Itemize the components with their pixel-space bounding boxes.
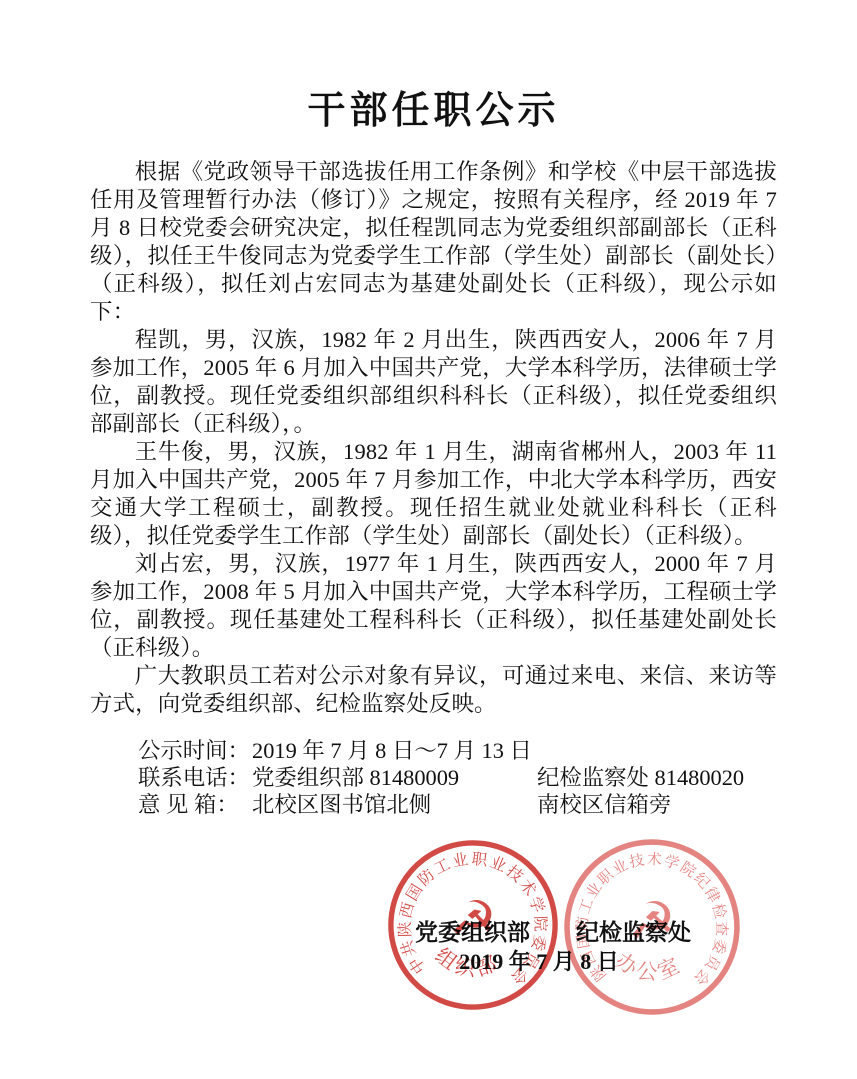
contact-line-mailbox: 意 见 箱： 北校区图书馆北侧 南校区信箱旁 bbox=[138, 791, 777, 818]
announcement-page: 干部任职公示 根据《党政领导干部选拔任用工作条例》和学校《中层干部选拔任用及管理… bbox=[0, 0, 857, 1079]
official-seal-discipline-inspection-office: 陕西国防工业职业技术学院纪律检查委员会 ☭ 办公室 bbox=[557, 832, 747, 1022]
contact-label: 公示时间： bbox=[138, 737, 252, 764]
contact-value: 党委组织部 81480009 bbox=[252, 764, 537, 791]
seal-bottom-text: 组织部 bbox=[429, 942, 506, 985]
official-seal-organization-department: 中共陕西国防工业职业技术学院委员会 ☭ 组织部 bbox=[376, 828, 570, 1022]
contact-label: 意 见 箱： bbox=[138, 791, 252, 818]
contact-line-phone: 联系电话： 党委组织部 81480009 纪检监察处 81480020 bbox=[138, 764, 777, 791]
contact-value: 北校区图书馆北侧 bbox=[252, 791, 537, 818]
seal-bottom-text: 办公室 bbox=[610, 947, 688, 986]
contact-value: 纪检监察处 81480020 bbox=[537, 764, 777, 791]
paragraph-feedback: 广大教职员工若对公示对象有异议，可通过来电、来信、来访等方式，向党委组织部、纪检… bbox=[90, 662, 777, 718]
contact-value bbox=[537, 737, 777, 764]
seal-graphic: 中共陕西国防工业职业技术学院委员会 ☭ 组织部 bbox=[376, 828, 570, 1022]
contact-label: 联系电话： bbox=[138, 764, 252, 791]
body-paragraphs: 根据《党政领导干部选拔任用工作条例》和学校《中层干部选拔任用及管理暂行办法（修订… bbox=[90, 158, 777, 718]
paragraph-intro: 根据《党政领导干部选拔任用工作条例》和学校《中层干部选拔任用及管理暂行办法（修订… bbox=[90, 158, 777, 326]
paragraph-liuzhanhong: 刘占宏，男，汉族，1977 年 1 月生，陕西西安人，2000 年 7 月参加工… bbox=[90, 550, 777, 662]
page-title: 干部任职公示 bbox=[90, 88, 777, 134]
paragraph-chengkai: 程凯，男，汉族，1982 年 2 月出生，陕西西安人，2006 年 7 月参加工… bbox=[90, 326, 777, 438]
contact-line-time: 公示时间： 2019 年 7 月 8 日～7 月 13 日 bbox=[138, 737, 777, 764]
paragraph-wangniujun: 王牛俊，男，汉族，1982 年 1 月生，湖南省郴州人，2003 年 11 月加… bbox=[90, 438, 777, 550]
contact-value: 2019 年 7 月 8 日～7 月 13 日 bbox=[252, 737, 537, 764]
hammer-sickle-icon: ☭ bbox=[627, 890, 678, 954]
hammer-sickle-icon: ☭ bbox=[447, 887, 500, 952]
contact-value: 南校区信箱旁 bbox=[537, 791, 777, 818]
contact-block: 公示时间： 2019 年 7 月 8 日～7 月 13 日 联系电话： 党委组织… bbox=[138, 737, 777, 818]
document-body: 干部任职公示 根据《党政领导干部选拔任用工作条例》和学校《中层干部选拔任用及管理… bbox=[90, 88, 777, 818]
seal-graphic: 陕西国防工业职业技术学院纪律检查委员会 ☭ 办公室 bbox=[557, 832, 747, 1022]
